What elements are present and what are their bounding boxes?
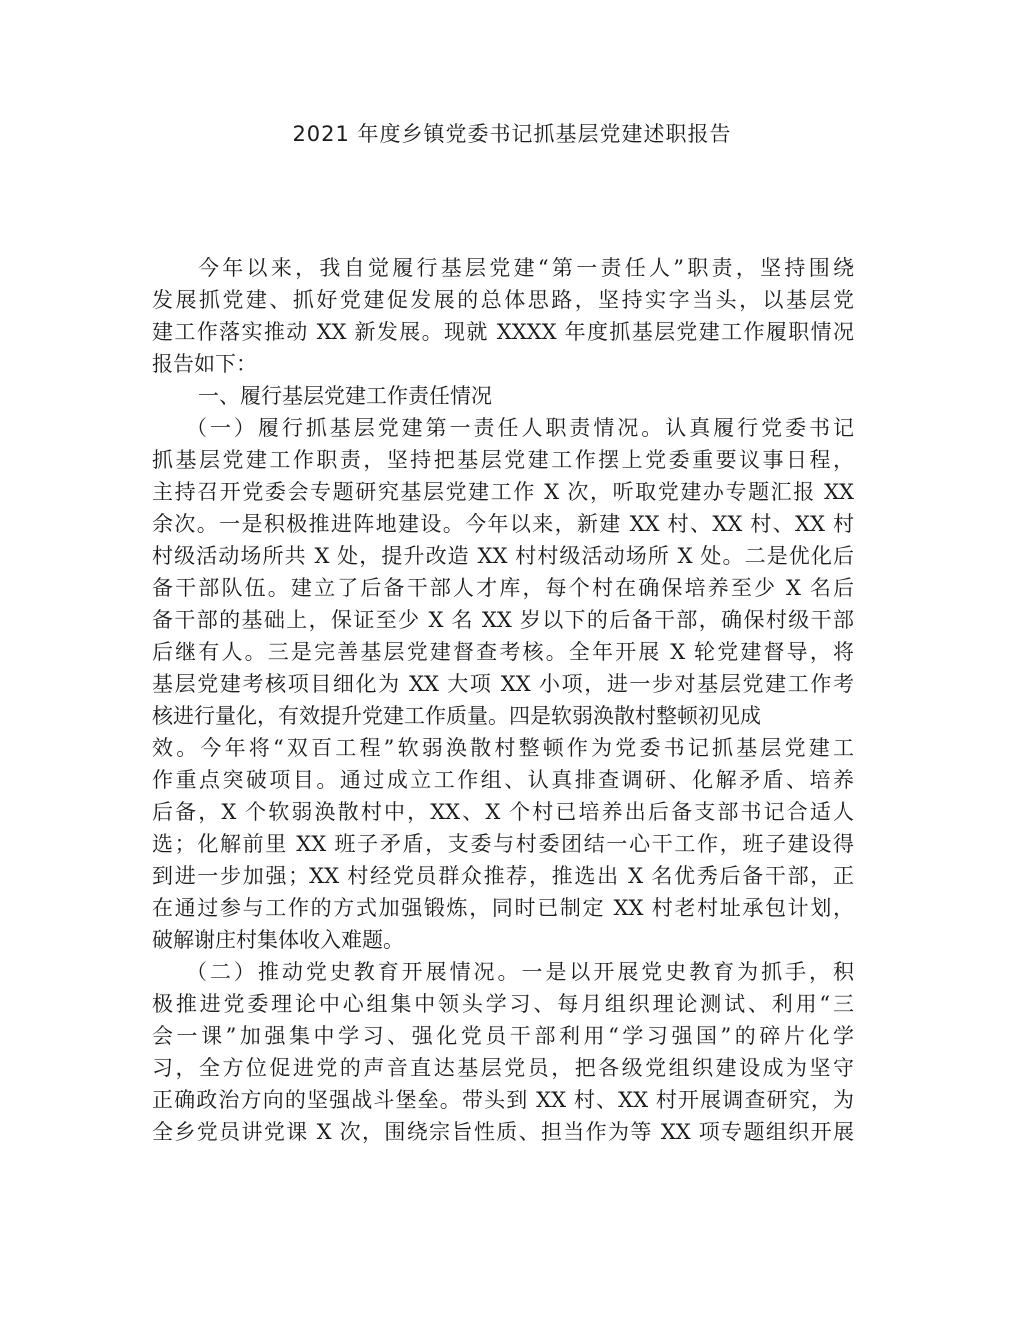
text-line: 全乡党员讲党课 X 次，围绕宗旨性质、担当作为等 XX 项专题组织开展 bbox=[152, 1116, 854, 1148]
text-line: 破解谢庄村集体收入难题。 bbox=[152, 924, 854, 956]
text-line: 作重点突破项目。通过成立工作组、认真排查调研、化解矛盾、培养 bbox=[152, 764, 854, 796]
text-line: 在通过参与工作的方式加强锻炼，同时已制定 XX 村老村址承包计划， bbox=[152, 892, 854, 924]
text-line: 备干部队伍。建立了后备干部人才库，每个村在确保培养至少 X 名后 bbox=[152, 572, 854, 604]
text-line: 极推进党委理论中心组集中领头学习、每月组织理论测试、利用“三 bbox=[152, 988, 854, 1020]
text-line: 基层党建考核项目细化为 XX 大项 XX 小项，进一步对基层党建工作考 bbox=[152, 668, 854, 700]
text-line: 后备，X 个软弱涣散村中，XX、X 个村已培养出后备支部书记合适人 bbox=[152, 796, 854, 828]
text-line: 核进行量化，有效提升党建工作质量。四是软弱涣散村整顿初见成 bbox=[152, 700, 854, 732]
text-line: 村级活动场所共 X 处，提升改造 XX 村村级活动场所 X 处。二是优化后 bbox=[152, 540, 854, 572]
document-title: 2021 年度乡镇党委书记抓基层党建述职报告 bbox=[0, 118, 1024, 148]
text-line: 发展抓党建、抓好党建促发展的总体思路，坚持实字当头，以基层党 bbox=[152, 284, 854, 316]
text-line: 报告如下： bbox=[152, 348, 854, 380]
document-page: 2021 年度乡镇党委书记抓基层党建述职报告 今年以来，我自觉履行基层党建“第一… bbox=[0, 0, 1024, 1325]
text-line: 备干部的基础上，保证至少 X 名 XX 岁以下的后备干部，确保村级干部 bbox=[152, 604, 854, 636]
text-line: 主持召开党委会专题研究基层党建工作 X 次，听取党建办专题汇报 XX bbox=[152, 476, 854, 508]
text-line: 正确政治方向的坚强战斗堡垒。带头到 XX 村、XX 村开展调查研究，为 bbox=[152, 1084, 854, 1116]
text-line: 选；化解前里 XX 班子矛盾，支委与村委团结一心干工作，班子建设得 bbox=[152, 828, 854, 860]
text-line: 抓基层党建工作职责，坚持把基层党建工作摆上党委重要议事日程， bbox=[152, 444, 854, 476]
text-line: 后继有人。三是完善基层党建督查考核。全年开展 X 轮党建督导，将 bbox=[152, 636, 854, 668]
text-line: 建工作落实推动 XX 新发展。现就 XXXX 年度抓基层党建工作履职情况 bbox=[152, 316, 854, 348]
text-line: （一）履行抓基层党建第一责任人职责情况。认真履行党委书记 bbox=[152, 412, 854, 444]
text-line: 余次。一是积极推进阵地建设。今年以来，新建 XX 村、XX 村、XX 村 bbox=[152, 508, 854, 540]
text-line: 到进一步加强；XX 村经党员群众推荐，推选出 X 名优秀后备干部，正 bbox=[152, 860, 854, 892]
text-line: （二）推动党史教育开展情况。一是以开展党史教育为抓手，积 bbox=[152, 956, 854, 988]
text-line: 效。今年将“双百工程”软弱涣散村整顿作为党委书记抓基层党建工 bbox=[152, 732, 854, 764]
text-line: 习，全方位促进党的声音直达基层党员，把各级党组织建设成为坚守 bbox=[152, 1052, 854, 1084]
document-body: 今年以来，我自觉履行基层党建“第一责任人”职责，坚持围绕发展抓党建、抓好党建促发… bbox=[152, 252, 854, 1148]
text-line: 一、履行基层党建工作责任情况 bbox=[152, 380, 854, 412]
text-line: 今年以来，我自觉履行基层党建“第一责任人”职责，坚持围绕 bbox=[152, 252, 854, 284]
text-line: 会一课”加强集中学习、强化党员干部利用“学习强国”的碎片化学 bbox=[152, 1020, 854, 1052]
